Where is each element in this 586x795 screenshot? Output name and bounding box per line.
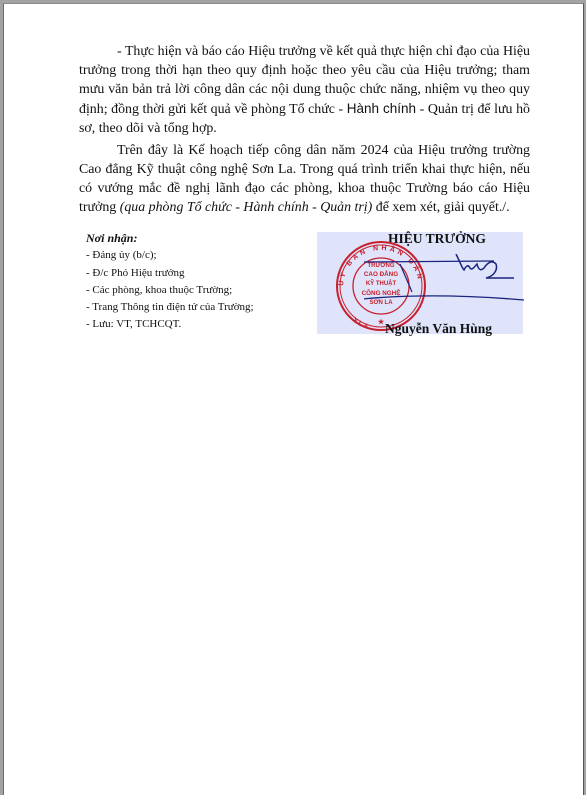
recipient-item: - Đ/c Phó Hiệu trưởng xyxy=(86,265,254,282)
svg-text:★: ★ xyxy=(378,318,385,326)
paragraph-text-end: để xem xét, giải quyết./. xyxy=(372,200,509,215)
paragraph-italic: (qua phòng Tổ chức - Hành chính - Quản t… xyxy=(120,200,373,215)
paragraph-conclusion: Trên đây là Kế hoạch tiếp công dân năm 2… xyxy=(79,141,530,217)
recipient-item: - Lưu: VT, TCHCQT. xyxy=(86,316,254,333)
recipient-item: - Các phòng, khoa thuộc Trường; xyxy=(86,282,254,299)
recipients-title: Nơi nhận: xyxy=(86,230,254,247)
paragraph-report-duty: - Thực hiện và báo cáo Hiệu trưởng về kế… xyxy=(79,42,530,138)
paragraph-highlight: Hành chính xyxy=(347,101,416,116)
recipient-item: - Đảng ủy (b/c); xyxy=(86,247,254,264)
handwritten-signature-icon xyxy=(364,254,524,314)
svg-text:Y L A: Y L A xyxy=(351,317,369,331)
signer-name: Nguyễn Văn Hùng xyxy=(385,321,492,337)
recipient-item: - Trang Thông tin điện tử của Trường; xyxy=(86,299,254,316)
recipients-block: Nơi nhận: - Đảng ủy (b/c); - Đ/c Phó Hiệ… xyxy=(86,230,254,334)
document-page: - Thực hiện và báo cáo Hiệu trưởng về kế… xyxy=(3,3,584,795)
